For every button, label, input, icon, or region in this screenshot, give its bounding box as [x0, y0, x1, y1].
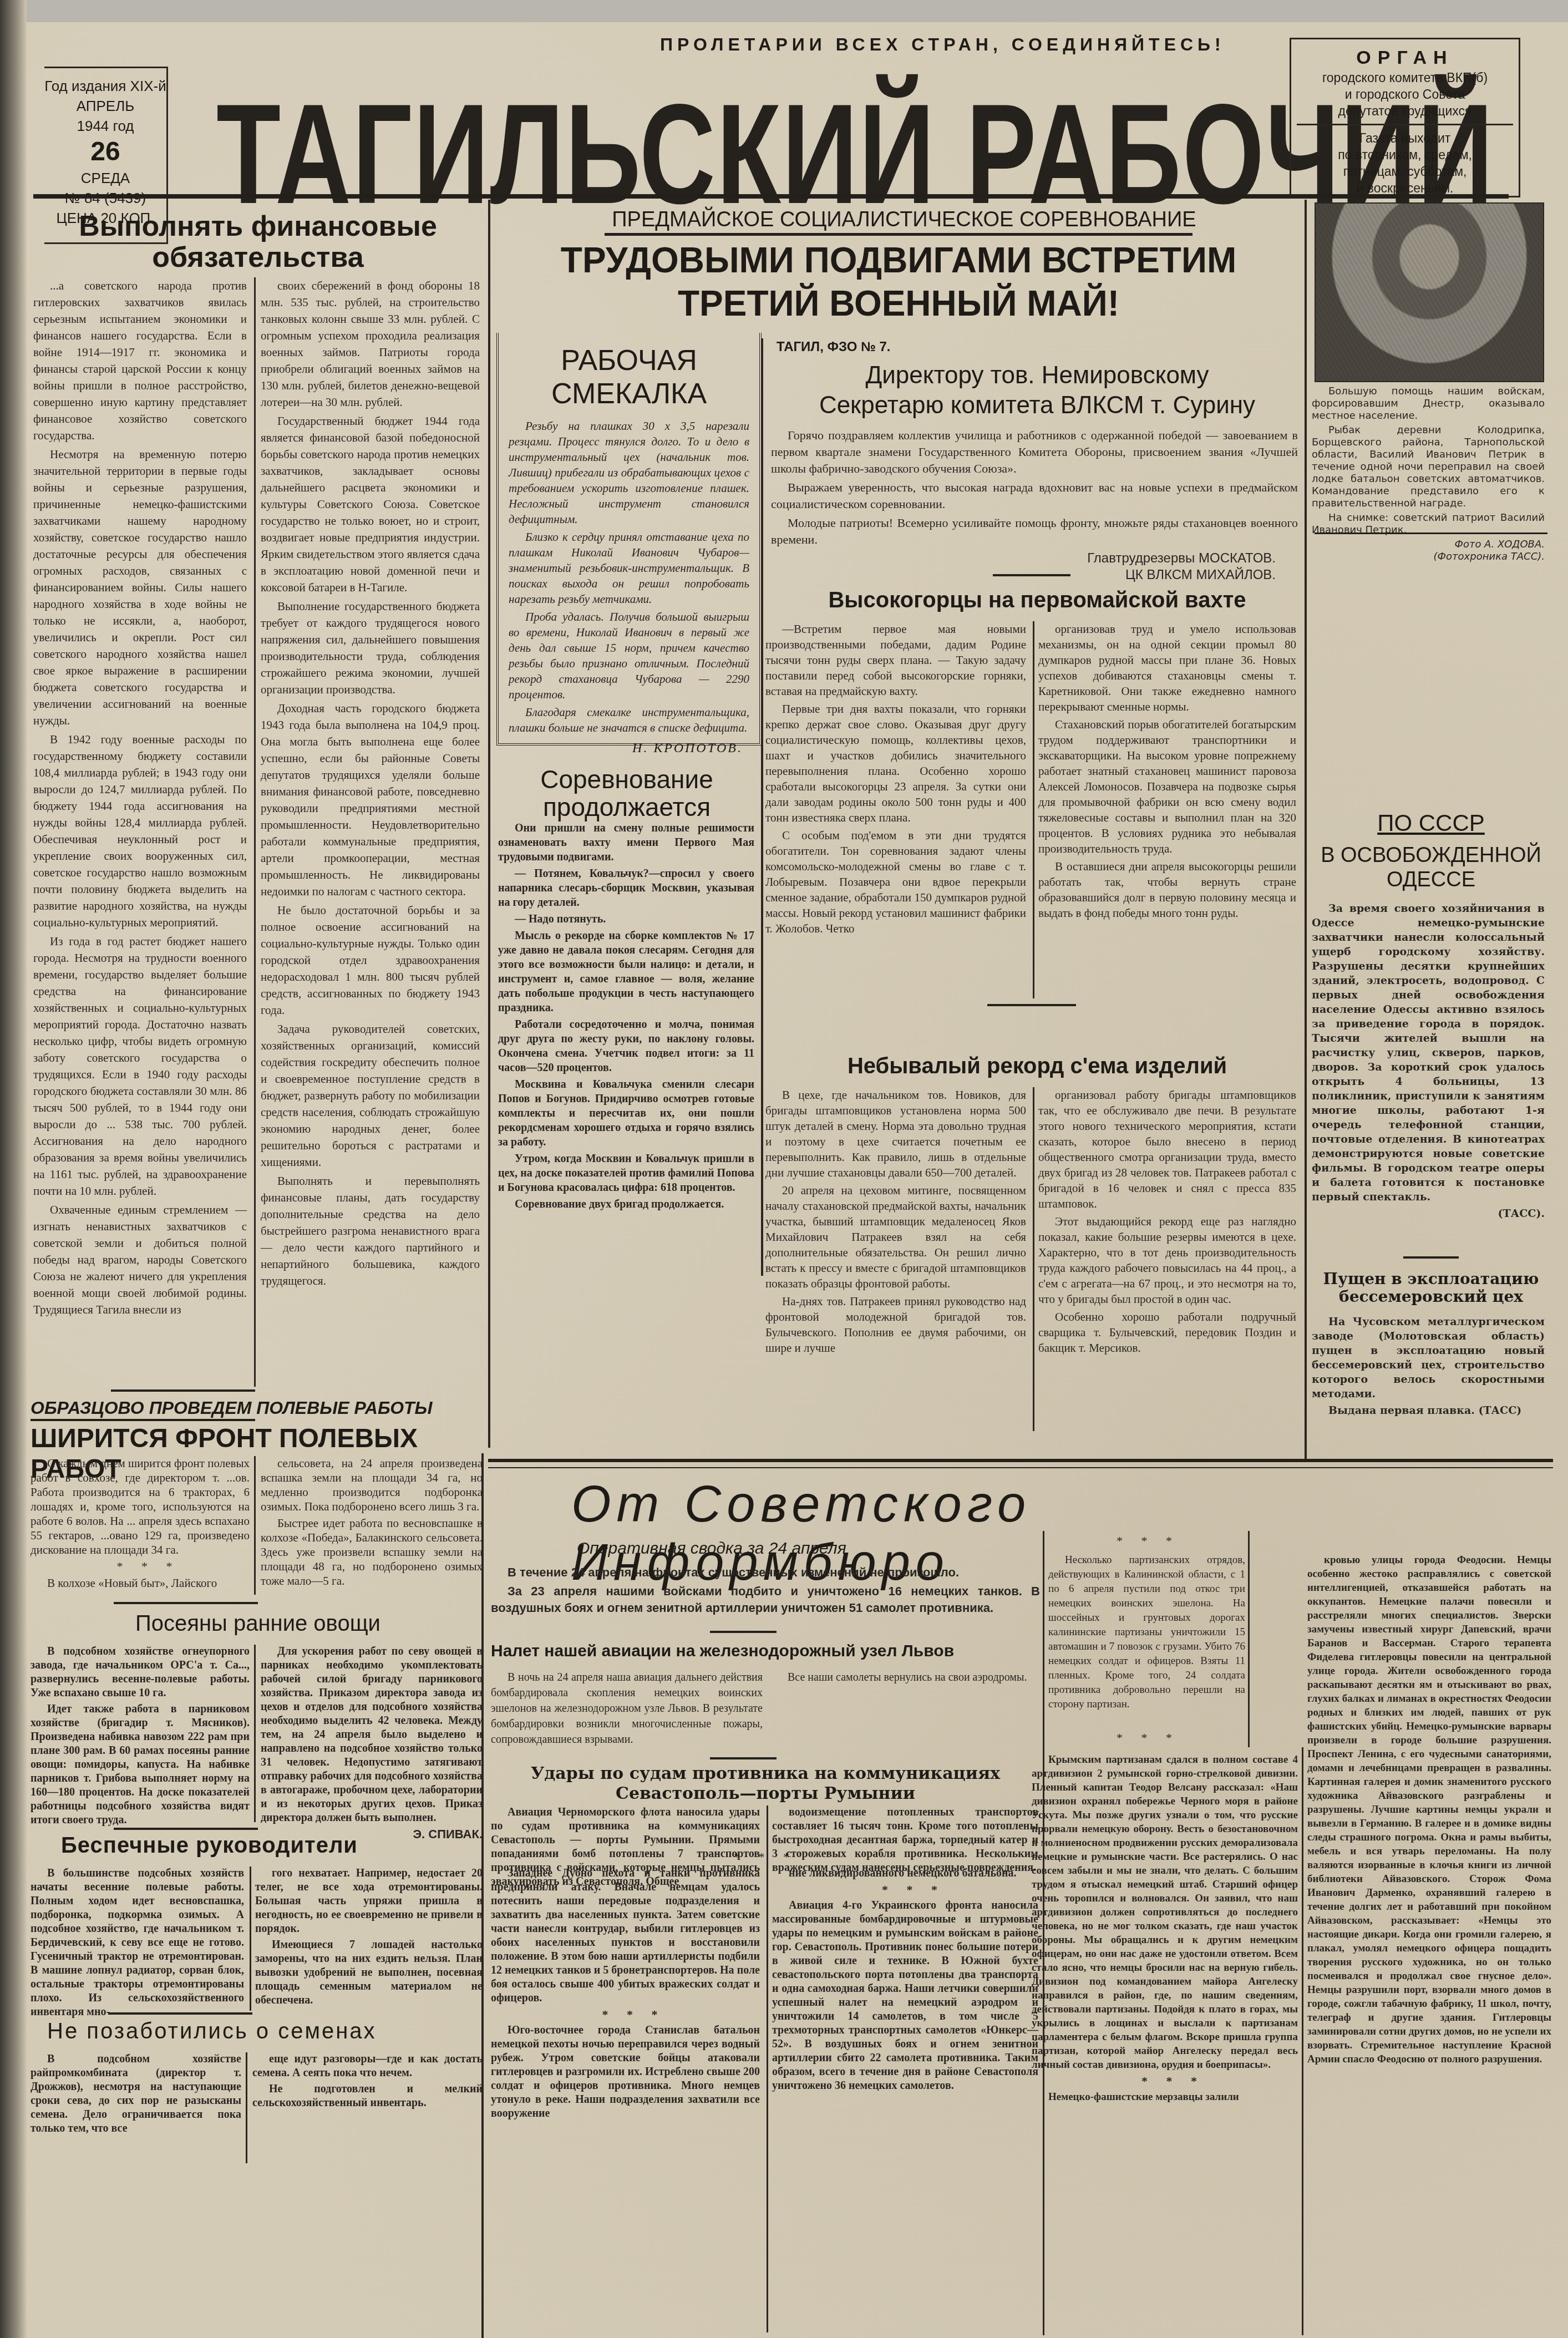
- fieldwork-col1: С каждым днем ширится фронт полевых рабо…: [31, 1456, 250, 1593]
- paragraph: ...а советского народа против гитлеровск…: [33, 277, 247, 444]
- paragraph: В оставшиеся дни апреля высокогорцы реши…: [1038, 859, 1296, 921]
- smekalka-title: РАБОЧАЯ СМЕКАЛКА: [499, 344, 759, 410]
- paragraph: В подсобном хозяйстве огнеупорного завод…: [31, 1645, 250, 1700]
- paragraph: Благодаря смекалке инструментальщика, пл…: [509, 704, 749, 736]
- paragraph: Для ускорения работ по севу овощей в пар…: [261, 1645, 483, 1825]
- title-line: РАБОЧАЯ: [499, 344, 759, 377]
- day: 26: [44, 136, 166, 168]
- slogan: ПРОЛЕТАРИИ ВСЕХ СТРАН, СОЕДИНЯЙТЕСЬ!: [660, 34, 1225, 55]
- paragraph: Большую помощь нашим войскам, форсировав…: [1312, 386, 1545, 422]
- vegetables-col2: Для ускорения работ по севу овощей в пар…: [261, 1645, 483, 1841]
- masthead-rule: [33, 194, 1509, 199]
- seeds-col2: еще идут разговоры—где и как достать сем…: [252, 2052, 483, 2112]
- title-line: ОДЕССЕ: [1312, 868, 1550, 892]
- smekalka-author: Н. КРОПОТОВ.: [499, 741, 743, 756]
- paragraph: Рыбак деревни Колодрипка, Борщевского ра…: [1312, 424, 1545, 510]
- paragraph: Соревнование двух бригад продолжается.: [498, 1197, 754, 1211]
- section-stars: * * *: [1048, 1731, 1248, 1745]
- divider: [710, 1631, 777, 1633]
- odessa-title: В ОСВОБОЖДЕННОЙ ОДЕССЕ: [1312, 843, 1550, 892]
- paragraph: Из года в год растет бюджет нашего город…: [33, 933, 247, 1199]
- section-stars: * * *: [1048, 1534, 1248, 1548]
- divider: [993, 574, 1070, 576]
- bessemer-title: Пущен в эксплоатацию бессемеровский цех: [1312, 1270, 1550, 1306]
- column-rule: [1033, 1087, 1034, 1431]
- smekalka-body: Резьбу на плашках 30 х 3,5 нарезали резц…: [509, 418, 749, 736]
- paragraph: гого нехватает. Например, недостает 20 т…: [255, 1867, 483, 1936]
- paragraph: еще идут разговоры—где и как достать сем…: [252, 2052, 483, 2080]
- signature-1: Главтрудрезервы МОСКАТОВ.: [771, 550, 1276, 567]
- record-col2: организовал работу бригады штамповщиков …: [1038, 1087, 1296, 1358]
- paragraph: Идет также работа в парниковом хозяйстве…: [31, 1702, 250, 1827]
- paragraph: Выполнение государственного бюджета треб…: [261, 598, 480, 698]
- paragraph: водоизмещение потопленных транспортов со…: [772, 1806, 1038, 1875]
- ussr-section-title: ПО СССР: [1315, 810, 1547, 836]
- paragraph: Выдана первая плавка. (ТАСС): [1312, 1403, 1545, 1418]
- record-title: Небывалый рекорд с'ема изделий: [771, 1054, 1303, 1079]
- scan-top-edge: [0, 0, 1568, 22]
- sorevnovanie-body: Они пришли на смену полные решимости озн…: [498, 821, 754, 1214]
- sevastopol-title: Удары по судам противника на коммуникаци…: [491, 1764, 1040, 1804]
- divider: [108, 2012, 252, 2015]
- column-rule: [250, 1867, 251, 2011]
- competition-headline: ТРУДОВЫМИ ПОДВИГАМИ ВСТРЕТИМ ТРЕТИЙ ВОЕН…: [499, 239, 1298, 325]
- divider: [1403, 1256, 1459, 1259]
- divider: [987, 1004, 1076, 1006]
- editorial-col2: своих сбережений в фонд обороны 18 млн. …: [261, 277, 480, 1291]
- feodosia-text: кровью улицы города Феодосии. Немцы особ…: [1307, 1553, 1551, 2330]
- sorevnovanie-title: Соревнование продолжается: [496, 765, 757, 821]
- careless-col2: гого нехватает. Например, недостает 20 т…: [255, 1867, 483, 2010]
- paragraph: Мысль о рекорде на сборке комплектов № 1…: [498, 929, 754, 1015]
- telegram-body: Горячо поздравляем коллектив училища и р…: [771, 427, 1298, 584]
- organ-box: ОРГАН городского комитета ВКП(б) и город…: [1290, 38, 1520, 197]
- title-line: В ОСВОБОЖДЕННОЙ: [1312, 843, 1550, 868]
- column-rule: [488, 200, 490, 1448]
- schedule-line: Газета выходит: [1291, 130, 1519, 146]
- title-line: СМЕКАЛКА: [499, 377, 759, 410]
- paragraph: Они пришли на смену полные решимости озн…: [498, 821, 754, 864]
- paragraph: —Встретим первое мая новыми производстве…: [765, 621, 1026, 699]
- paragraph: Работали сосредоточенно и молча, понимая…: [498, 1017, 754, 1075]
- photo-fisherman: [1315, 202, 1544, 382]
- paragraph: За время своего хозяйничания в Одессе не…: [1312, 901, 1545, 1204]
- paragraph: Доходная часть городского бюджета 1943 г…: [261, 700, 480, 900]
- paragraph: С особым под'емом в эти дни трудятся обо…: [765, 828, 1026, 936]
- paragraph: В большинстве подсобных хозяйств начаты …: [31, 1867, 244, 2019]
- paragraph: Западнее Дубно пехота и танки противника…: [491, 1867, 760, 2005]
- paragraph: Стахановский порыв обогатителей богатырс…: [1038, 717, 1296, 856]
- paragraph: С каждым днем ширится фронт полевых рабо…: [31, 1456, 250, 1557]
- title-line: бессемеровский цех: [1312, 1288, 1550, 1306]
- paragraph: На-днях тов. Патракеев принял руководств…: [765, 1294, 1026, 1356]
- paragraph: Резьбу на плашках 30 х 3,5 нарезали резц…: [509, 418, 749, 527]
- paragraph: В ночь на 24 апреля наша авиация дальнег…: [491, 1670, 763, 1747]
- vegetables-title: Посеяны ранние овощи: [31, 1611, 485, 1636]
- headline-line: ТРУДОВЫМИ ПОДВИГАМИ ВСТРЕТИМ: [499, 239, 1298, 282]
- seeds-col1: В подсобном хозяйстве райпромкомбината (…: [31, 2052, 241, 2138]
- column-rule: [481, 1453, 484, 2338]
- divider: [111, 1389, 255, 1392]
- section-stars: * * *: [31, 1559, 250, 1574]
- partisans-body: Несколько партизанских отрядов, действую…: [1048, 1553, 1245, 1714]
- paragraph: Государственный бюджет 1944 года являетс…: [261, 413, 480, 596]
- vysokogorsk-col2: организовав труд и умело использовав мех…: [1038, 621, 1296, 923]
- photo-agency: (Фотохроника ТАСС).: [1312, 551, 1545, 563]
- fieldwork-kicker: ОБРАЗЦОВО ПРОВЕДЕМ ПОЛЕВЫЕ РАБОТЫ: [31, 1398, 275, 1418]
- careless-title: Беспечные руководители: [61, 1833, 483, 1858]
- title-line: продолжается: [496, 793, 757, 821]
- telegram-headline: Директору тов. Немировскому Секретарю ко…: [771, 361, 1303, 420]
- headline-line: Директору тов. Немировскому: [771, 361, 1303, 390]
- paragraph: Несмотря на временную потерю значительно…: [33, 446, 247, 729]
- paragraph: организовал работу бригады штамповщиков …: [1038, 1087, 1296, 1211]
- lvov-col2: Все наши самолеты вернулись на свои аэро…: [771, 1670, 1037, 1687]
- column-rule: [1302, 1747, 1303, 2335]
- vegetables-col1: В подсобном хозяйстве огнеупорного завод…: [31, 1645, 250, 1829]
- organ-line: городского комитета ВКП(б): [1291, 69, 1519, 86]
- section-stars: * * *: [772, 1883, 1038, 1896]
- summary-body: В течение 24 апреля на фронтах существен…: [491, 1564, 1040, 1619]
- paragraph: Крымским партизанам сдался в полном сост…: [1032, 1753, 1298, 2072]
- title-line: Пущен в эксплоатацию: [1312, 1270, 1550, 1288]
- paragraph: Несколько партизанских отрядов, действую…: [1048, 1553, 1245, 1712]
- paragraph: организовав труд и умело использовав мех…: [1038, 621, 1296, 714]
- kicker-underline: [31, 1419, 255, 1421]
- paragraph: 20 апреля на цеховом митинге, посвященно…: [765, 1183, 1026, 1291]
- paragraph: Особенно хорошо работали подручный сварщ…: [1038, 1309, 1296, 1356]
- paragraph: В цехе, где начальником тов. Новиков, дл…: [765, 1087, 1026, 1180]
- month: АПРЕЛЬ: [44, 96, 166, 116]
- paragraph: сельсовета, на 24 апреля произведена всп…: [261, 1456, 483, 1514]
- paragraph: Немецко-фашистские мерзавцы залили: [1032, 2090, 1298, 2104]
- binding-edge: [0, 0, 27, 2338]
- column-rule: [1033, 621, 1034, 998]
- summary-title: Оперативная сводка за 24 апреля: [577, 1539, 846, 1558]
- headline-line: Секретарю комитета ВЛКСМ т. Сурину: [771, 390, 1303, 420]
- year: 1944 год: [44, 116, 166, 136]
- vysokogorsk-title: Высокогорцы на первомайской вахте: [771, 588, 1303, 613]
- column-rule: [246, 2052, 247, 2163]
- paragraph: Первые три дня вахты показали, что горня…: [765, 701, 1026, 825]
- column-rule: [254, 277, 256, 1387]
- headline-line: ТРЕТИЙ ВОЕННЫЙ МАЙ!: [499, 282, 1298, 325]
- paragraph: В колхозе «Новый быт», Лайского: [31, 1576, 250, 1590]
- seeds-title: Не позаботились о семенах: [47, 2019, 485, 2044]
- lvov-title: Налет нашей авиации на железнодорожный у…: [491, 1642, 1040, 1661]
- careless-col1: В большинстве подсобных хозяйств начаты …: [31, 1867, 244, 2021]
- paragraph: Не было достаточной борьбы и за полное о…: [261, 902, 480, 1018]
- section-stars: * * *: [491, 1850, 1040, 1864]
- paragraph: Москвина и Ковальчука сменили слесари По…: [498, 1077, 754, 1149]
- column-rule: [767, 1806, 768, 2332]
- column-rule: [1305, 200, 1307, 1459]
- competition-kicker: ПРЕДМАЙСКОЕ СОЦИАЛИСТИЧЕСКОЕ СОРЕВНОВАНИ…: [532, 208, 1276, 232]
- paragraph: В подсобном хозяйстве райпромкомбината (…: [31, 2052, 241, 2136]
- odessa-body: За время своего хозяйничания в Одессе не…: [1312, 901, 1545, 1221]
- fieldwork-col2: сельсовета, на 24 апреля произведена всп…: [261, 1456, 483, 1590]
- editorial-title: Выполнять финансовые обязательства: [33, 211, 483, 273]
- organ-heading: ОРГАН: [1291, 49, 1519, 66]
- paragraph: За 23 апреля нашими войсками подбито и у…: [491, 1583, 1040, 1616]
- paragraph: Охваченные единым стремлением — изгнать …: [33, 1201, 247, 1318]
- section-stars: * * *: [1032, 2074, 1298, 2088]
- schedule-line: пятницам, субботам,: [1291, 163, 1519, 180]
- crimea-body: Крымским партизанам сдался в полном сост…: [1032, 1753, 1298, 2106]
- weekday: СРЕДА: [44, 168, 166, 188]
- dubno-col1: Западнее Дубно пехота и танки противника…: [491, 1867, 760, 2123]
- paragraph: Все наши самолеты вернулись на свои аэро…: [771, 1670, 1037, 1685]
- section-rule: [488, 1467, 1553, 1468]
- dubno-col2: ние ликвидированного немецкого батальона…: [772, 1867, 1038, 2095]
- photo-caption: Большую помощь нашим войскам, форсировав…: [1312, 386, 1545, 563]
- kicker-underline: [605, 233, 1193, 236]
- paragraph: Утром, когда Москвин и Ковальчук пришли …: [498, 1152, 754, 1195]
- paragraph: Выражаем уверенность, что высокая наград…: [771, 479, 1298, 513]
- title-line: Севастополь—порты Румынии: [491, 1784, 1040, 1804]
- paragraph: — Надо потянуть.: [498, 912, 754, 926]
- paragraph: Выполнять и перевыполнять финансовые пла…: [261, 1173, 480, 1289]
- column-rule: [254, 1645, 256, 1822]
- divider: [114, 1602, 258, 1604]
- paragraph: Молодые патриоты! Всемерно усиливайте по…: [771, 515, 1298, 548]
- paragraph: Проба удалась. Получив большой выигрыш в…: [509, 609, 749, 702]
- paragraph: Близко к сердцу принял отставание цеха п…: [509, 529, 749, 607]
- column-rule: [761, 338, 763, 1276]
- paragraph: Не подготовлен и мелкий сельскохозяйстве…: [252, 2082, 483, 2110]
- smekalka-box: РАБОЧАЯ СМЕКАЛКА Резьбу на плашках 30 х …: [496, 333, 762, 745]
- paragraph: своих сбережений в фонд обороны 18 млн. …: [261, 277, 480, 410]
- paragraph: Этот выдающийся рекорд еще раз наглядно …: [1038, 1214, 1296, 1307]
- bessemer-body: На Чусовском металлургическом заводе (Мо…: [1312, 1315, 1545, 1420]
- newspaper-page: Год издания XIX-й АПРЕЛЬ 1944 год 26 СРЕ…: [0, 0, 1568, 2338]
- publication-year-line: Год издания XIX-й: [44, 76, 166, 96]
- divider: [114, 1828, 258, 1830]
- paragraph: В 1942 году военные расходы по государст…: [33, 731, 247, 931]
- section-stars: * * *: [491, 2007, 760, 2021]
- paragraph: Горячо поздравляем коллектив училища и р…: [771, 427, 1298, 477]
- title-line: Соревнование: [496, 765, 757, 793]
- vysokogorsk-col1: —Встретим первое мая новыми производстве…: [765, 621, 1026, 939]
- paragraph: На Чусовском металлургическом заводе (Мо…: [1312, 1315, 1545, 1401]
- organ-line: и городского Совета: [1291, 86, 1519, 103]
- paragraph: Быстрее идет работа по весновспашке в ко…: [261, 1516, 483, 1588]
- lvov-col1: В ночь на 24 апреля наша авиация дальнег…: [491, 1670, 763, 1749]
- paragraph: ние ликвидированного немецкого батальона…: [772, 1867, 1038, 1880]
- section-rule: [488, 1459, 1553, 1462]
- photo-credit: Фото А. ХОДОВА.: [1312, 539, 1545, 551]
- paragraph: Имеющиеся 7 лошадей настолько заморены, …: [255, 1938, 483, 2007]
- paragraph: Авиация 4-го Украинского фронта наносила…: [772, 1899, 1038, 2093]
- paragraph: — Потянем, Ковальчук?—спросил у своего н…: [498, 866, 754, 910]
- schedule-line: по вторникам, средам,: [1291, 146, 1519, 163]
- divider: [1297, 124, 1513, 125]
- source: (ТАСС).: [1312, 1206, 1545, 1221]
- telegram-dateline: ТАГИЛ, ФЗО № 7.: [777, 339, 891, 355]
- paragraph: Юго-восточнее города Станислав батальон …: [491, 2023, 760, 2121]
- column-rule: [1248, 1531, 1250, 1747]
- paragraph: Задача руководителей советских, хозяйств…: [261, 1021, 480, 1170]
- divider: [710, 1757, 777, 1759]
- organ-line: депутатов трудящихся: [1291, 103, 1519, 119]
- record-col1: В цехе, где начальником тов. Новиков, дл…: [765, 1087, 1026, 1358]
- column-rule: [254, 1456, 256, 1595]
- paragraph: кровью улицы города Феодосии. Немцы особ…: [1307, 1553, 1551, 2066]
- divider: [1315, 532, 1547, 534]
- editorial-col1: ...а советского народа против гитлеровск…: [33, 277, 247, 1320]
- paragraph: В течение 24 апреля на фронтах существен…: [491, 1564, 1040, 1581]
- title-line: Удары по судам противника на коммуникаци…: [491, 1764, 1040, 1784]
